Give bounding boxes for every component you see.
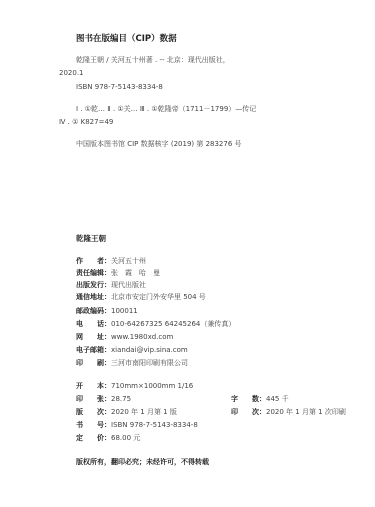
spec-label: 版 次： <box>76 406 111 418</box>
field-editor: 责任编辑：张 霞 哈 曼 <box>76 267 160 279</box>
spec-value: ISBN 978-7-5143-8334-8 <box>111 419 198 431</box>
field-email: 电子邮箱：xiandai@vip.sina.com <box>76 344 188 356</box>
email-link[interactable]: xiandai@vip.sina.com <box>111 344 188 356</box>
field-label: 作 者： <box>76 255 111 267</box>
field-value: 现代出版社 <box>111 279 146 291</box>
field-label: 责任编辑： <box>76 267 111 279</box>
field-address: 通信地址：北京市安定门外安华里 504 号 <box>76 291 206 303</box>
cip-approval-number: 中国版本图书馆 CIP 数据核字 (2019) 第 283276 号 <box>76 139 242 149</box>
field-value: 010-64267325 64245264（兼传真） <box>111 318 235 330</box>
field-value: 张 霞 哈 曼 <box>111 267 160 279</box>
spec-label: 印 次： <box>231 406 266 418</box>
spec-value: 445 千 <box>266 393 289 405</box>
spec-label: 印 张： <box>76 393 111 405</box>
field-value: 三河市南阳印刷有限公司 <box>111 357 188 369</box>
field-label: 通信地址： <box>76 291 111 303</box>
cip-classification: Ⅳ . ① K827=49 <box>59 118 113 126</box>
website-link[interactable]: www.1980xd.com <box>111 331 173 343</box>
spec-value: 2020 年 1 月第 1 次印刷 <box>266 406 346 418</box>
spec-label: 字 数： <box>231 393 266 405</box>
spec-value: 2020 年 1 月第 1 版 <box>111 406 177 418</box>
field-publisher: 出版发行：现代出版社 <box>76 279 146 291</box>
cip-bibliographic-wrap: 2020.1 <box>59 69 84 77</box>
spec-edition-printing: 版 次：2020 年 1 月第 1 版 印 次：2020 年 1 月第 1 次印… <box>76 406 366 418</box>
spec-label: 定 价： <box>76 432 111 444</box>
field-value: 100011 <box>111 305 138 317</box>
cip-bibliographic-line: 乾隆王朝 / 关河五十州著 . -- 北京：现代出版社， <box>76 55 230 65</box>
spec-price: 定 价：68.00 元 <box>76 432 140 444</box>
spec-value: 68.00 元 <box>111 432 140 444</box>
spec-label: 书 号： <box>76 419 111 431</box>
cip-title: 图书在版编目（CIP）数据 <box>76 32 177 44</box>
field-label: 电 话： <box>76 318 111 330</box>
spec-format: 开 本：710mm×1000mm 1/16 <box>76 380 193 392</box>
field-label: 邮政编码： <box>76 305 111 317</box>
spec-label: 开 本： <box>76 380 111 392</box>
field-printer: 印 刷：三河市南阳印刷有限公司 <box>76 357 188 369</box>
field-author: 作 者：关河五十州 <box>76 255 146 267</box>
field-label: 印 刷： <box>76 357 111 369</box>
spec-sheets-words: 印 张：28.75 字 数：445 千 <box>76 393 366 405</box>
copyright-notice: 版权所有，翻印必究；未经许可，不得转载 <box>76 457 209 467</box>
spec-value: 710mm×1000mm 1/16 <box>111 380 193 392</box>
field-phone: 电 话：010-64267325 64245264（兼传真） <box>76 318 235 330</box>
field-label: 电子邮箱： <box>76 344 111 356</box>
field-postcode: 邮政编码：100011 <box>76 305 138 317</box>
book-title: 乾隆王朝 <box>76 233 106 244</box>
field-label: 出版发行： <box>76 279 111 291</box>
spec-value: 28.75 <box>111 393 131 405</box>
field-value: 关河五十州 <box>111 255 146 267</box>
field-label: 网 址： <box>76 331 111 343</box>
field-value: 北京市安定门外安华里 504 号 <box>111 291 206 303</box>
cip-isbn: ISBN 978-7-5143-8334-8 <box>76 83 163 91</box>
spec-isbn: 书 号：ISBN 978-7-5143-8334-8 <box>76 419 198 431</box>
field-website: 网 址：www.1980xd.com <box>76 331 173 343</box>
cip-subject-line: Ⅰ . ①乾… Ⅱ . ①关… Ⅲ . ①乾隆帝（1711－1799）—传记 <box>76 104 256 114</box>
